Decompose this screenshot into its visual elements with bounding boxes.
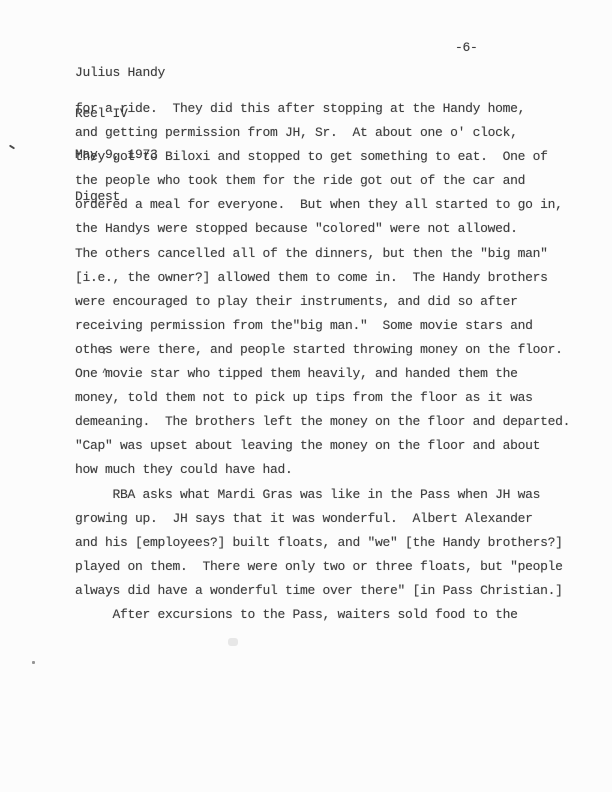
text-line: After excursions to the Pass, waiters so… (75, 603, 580, 627)
text-line: the people who took them for the ride go… (75, 169, 580, 193)
text-line: [i.e., the owner?] allowed them to come … (75, 266, 580, 290)
scan-artifact (32, 661, 35, 664)
text-line: growing up. JH says that it was wonderfu… (75, 507, 580, 531)
text-line: receiving permission from the"big man." … (75, 314, 580, 338)
scan-artifact (9, 145, 15, 150)
text-line: demeaning. The brothers left the money o… (75, 410, 580, 434)
text-line: always did have a wonderful time over th… (75, 579, 580, 603)
text-line: they got to Biloxi and stopped to get so… (75, 145, 580, 169)
text-line: for a ride. They did this after stopping… (75, 97, 580, 121)
text-line: and his [employees?] built floats, and "… (75, 531, 580, 555)
text-line: "Cap" was upset about leaving the money … (75, 434, 580, 458)
text-line: the Handys were stopped because "colored… (75, 217, 580, 241)
text-line: played on them. There were only two or t… (75, 555, 580, 579)
scan-artifact (228, 638, 238, 646)
text-line: One movie star who tipped them heavily, … (75, 362, 580, 386)
text-line: The others cancelled all of the dinners,… (75, 242, 580, 266)
document-page: Julius Handy Reel IV May 9, 1973 Digest … (0, 0, 612, 792)
text-line: and getting permission from JH, Sr. At a… (75, 121, 580, 145)
text-line: money, told them not to pick up tips fro… (75, 386, 580, 410)
text-line: other^s were there, and people started t… (75, 338, 580, 362)
header-interviewee: Julius Handy (75, 66, 165, 80)
text-line: RBA asks what Mardi Gras was like in the… (75, 483, 580, 507)
body-text: for a ride. They did this after stopping… (75, 97, 580, 627)
text-line: how much they could have had. (75, 458, 580, 482)
page-number: -6- (455, 40, 478, 55)
text-line: ordered a meal for everyone. But when th… (75, 193, 580, 217)
text-line: were encouraged to play their instrument… (75, 290, 580, 314)
